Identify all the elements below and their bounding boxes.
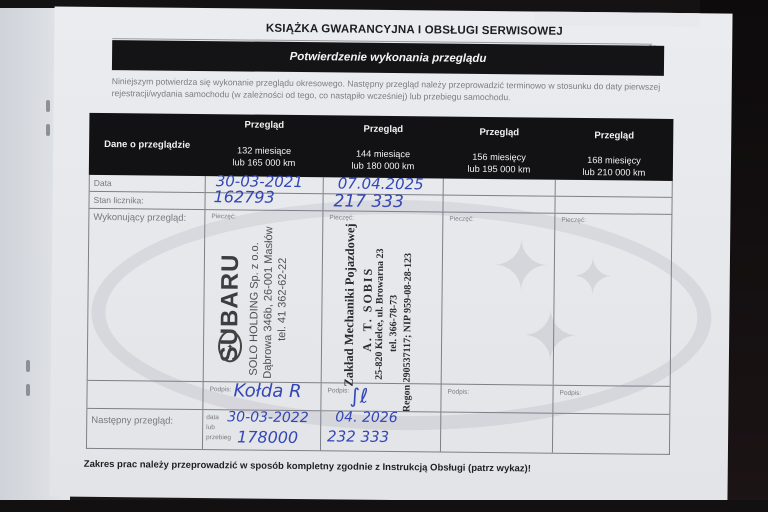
stamp-label: Pieczęć:: [211, 213, 236, 220]
header-column: Przegląd 132 miesiącelub 165 000 km: [205, 114, 324, 177]
months: 144 miesiące: [356, 149, 410, 160]
handwritten-signature: Kołda R: [233, 380, 301, 402]
signature-label: Podpis:: [448, 389, 470, 396]
column-label: Przegląd: [555, 130, 673, 142]
odometer-cell[interactable]: 162793: [205, 193, 323, 210]
handwritten-next-mileage: 232 333: [327, 427, 389, 446]
row-label-cell: Wykonujący przegląd:: [88, 209, 206, 381]
signature-cell[interactable]: Podpis: Kołda R: [203, 382, 321, 410]
next-inspection-cell[interactable]: data lub przebieg 30-03-2022 178000: [203, 410, 321, 450]
scribbled-signature-icon: ∫ℓ: [349, 384, 368, 408]
column-interval: 156 miesięcylub 195 000 km: [443, 151, 555, 176]
header-column: Przegląd 144 miesiącelub 180 000 km: [323, 115, 444, 178]
stamp-label: Pieczęć:: [561, 217, 586, 224]
row-label: Następny przegląd:: [87, 409, 202, 427]
handwritten-odometer: 162793: [214, 187, 275, 207]
km: lub 195 000 km: [467, 164, 530, 175]
signature-label: Podpis:: [560, 390, 582, 397]
next-or-label: lub: [206, 424, 215, 431]
footer-note: Zakres prac należy przeprowadzić w sposó…: [84, 459, 684, 476]
stamp-label: Pieczęć:: [329, 214, 354, 221]
staple: [46, 100, 50, 112]
column-label: Przegląd: [443, 127, 555, 139]
date-cell[interactable]: [556, 180, 672, 197]
next-inspection-cell[interactable]: [441, 413, 553, 453]
stamp-cell[interactable]: Pieczęć:: [554, 214, 672, 386]
stamp-phone: tel. 41 362-62-22: [276, 258, 289, 341]
stamp-cell[interactable]: Pieczęć: SUBARU SOLO HOLDING Sp. z o.o. …: [204, 210, 324, 382]
handwritten-odometer: 217 333: [333, 191, 404, 212]
section-title: Potwierdzenie wykonania przeglądu: [290, 51, 487, 65]
column-interval: 132 miesiącelub 165 000 km: [205, 144, 323, 169]
next-inspection-cell[interactable]: [553, 414, 669, 454]
handwritten-date: 07.04.2025: [338, 174, 424, 193]
stamp-cell[interactable]: Pieczęć: Zakład Mechaniki Pojazdowej A. …: [322, 211, 444, 383]
months: 168 miesięcy: [587, 155, 641, 166]
signature-label: Podpis:: [210, 386, 232, 393]
book-title: KSIĄŻKA GWARANCYJNA I OBSŁUGI SERWISOWEJ: [234, 22, 594, 38]
km: lub 165 000 km: [232, 157, 295, 168]
staple: [46, 124, 50, 136]
stamp-address: Dąbrowa 346b, 26-001 Masłów: [262, 226, 276, 378]
signature-cell[interactable]: Podpis:: [441, 385, 553, 413]
section-header-bar: Potwierdzenie wykonania przeglądu: [112, 40, 664, 76]
stamp-company: SOLO HOLDING Sp. z o.o.: [248, 242, 261, 375]
signature-label: Podpis:: [328, 387, 350, 394]
months: 156 miesięcy: [472, 152, 526, 163]
stamp-line: Zakład Mechaniki Pojazdowej: [342, 223, 359, 386]
handwritten-next-mileage: 178000: [237, 427, 298, 447]
next-date-label: data: [206, 414, 219, 421]
intro-text: Niniejszym potwierdza się wykonanie prze…: [112, 75, 672, 105]
km: lub 180 000 km: [351, 161, 414, 172]
header-column: Przegląd 168 miesięcylub 210 000 km: [555, 118, 674, 181]
odometer-cell[interactable]: [443, 196, 555, 213]
stamp-line: tel. 366-78-73: [388, 295, 400, 352]
row-label-cell: [87, 381, 203, 409]
table-row-performer: Wykonujący przegląd: Pieczęć: SUBARU SOL…: [88, 209, 672, 387]
date-cell[interactable]: [444, 179, 556, 196]
service-book-page: KSIĄŻKA GWARANCYJNA I OBSŁUGI SERWISOWEJ…: [49, 6, 732, 503]
column-interval: 168 miesięcylub 210 000 km: [555, 154, 673, 179]
next-inspection-cell[interactable]: 04. 2026 232 333: [321, 411, 441, 451]
row-label: Wykonujący przegląd:: [89, 209, 204, 224]
stamp-label: Pieczęć:: [449, 216, 474, 223]
handwritten-next-date: 30-03-2022: [227, 409, 309, 426]
table-body: Data 30-03-2021 07.04.2025 Stan licznika…: [86, 175, 673, 455]
column-label: Przegląd: [323, 123, 443, 135]
column-label: Przegląd: [205, 119, 323, 131]
column-interval: 144 miesiącelub 180 000 km: [323, 147, 443, 172]
staple: [26, 384, 30, 396]
header-inspection-data: Dane o przeglądzie: [89, 113, 206, 176]
row-label-cell: Data: [90, 175, 206, 192]
table-header: Dane o przeglądzie Przegląd 132 miesiące…: [89, 113, 674, 181]
inspection-table: Dane o przeglądzie Przegląd 132 miesiące…: [86, 113, 673, 455]
stamp-line: 25-820 Kielce, ul. Browarna 23: [374, 248, 386, 380]
header-column: Przegląd 156 miesięcylub 195 000 km: [443, 117, 556, 180]
next-mileage-label: przebieg: [206, 434, 231, 441]
table-row-next-inspection: Następny przegląd: data lub przebieg 30-…: [87, 409, 669, 454]
odometer-cell[interactable]: 217 333: [323, 194, 443, 211]
stamp-cell[interactable]: Pieczęć:: [442, 213, 556, 385]
signature-cell[interactable]: Podpis:: [553, 386, 669, 414]
row-label: Stan licznika:: [90, 192, 205, 206]
row-label-cell: Stan licznika:: [89, 192, 205, 209]
months: 132 miesiące: [237, 145, 291, 156]
staple: [26, 360, 30, 372]
signature-cell[interactable]: Podpis: ∫ℓ: [321, 383, 441, 411]
odometer-cell[interactable]: [555, 197, 671, 214]
row-label: Data: [90, 175, 205, 189]
handwritten-next-date: 04. 2026: [335, 409, 398, 426]
row-label-cell: Następny przegląd:: [87, 409, 203, 449]
background-bottom: [0, 500, 768, 512]
km: lub 210 000 km: [582, 167, 645, 178]
